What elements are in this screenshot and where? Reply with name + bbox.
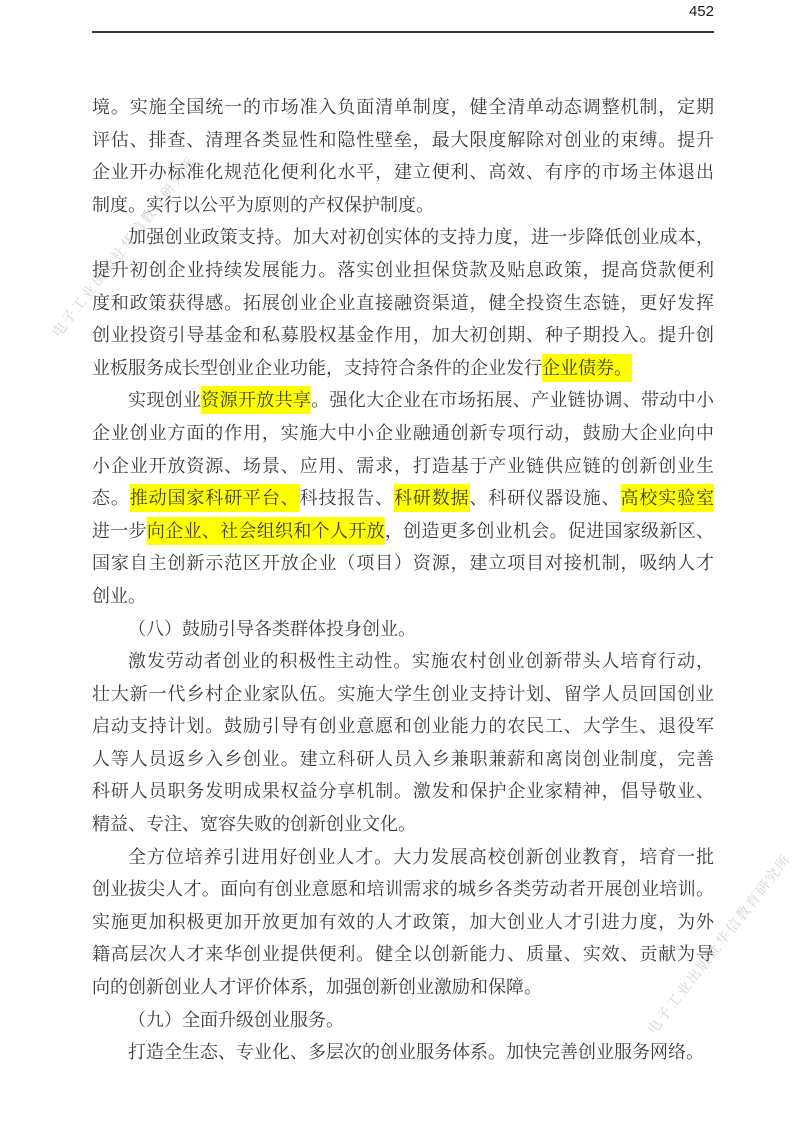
text-segment: 打造全生态、专业化、多层次的创业服务体系。加快完善创业服务网络。: [128, 1042, 704, 1062]
text-line: 创业投资引导基金和私募股权基金作用，加大初创期、种子期投入。提升创: [92, 319, 714, 352]
highlighted-text: 高校实验室: [621, 484, 715, 512]
text-line: 人等人员返乡入乡创业。建立科研人员入乡兼职兼薪和离岗创业制度，完善: [92, 743, 714, 776]
text-line: 全方位培养引进用好创业人才。大力发展高校创新创业教育，培育一批: [92, 841, 714, 874]
text-segment: 实现创业: [128, 390, 201, 410]
text-segment: 企业开办标准化规范化便利化水平，建立便利、高效、有序的市场主体退出: [92, 162, 714, 182]
paragraph: 打造全生态、专业化、多层次的创业服务体系。加快完善创业服务网络。: [92, 1036, 714, 1069]
paragraph: 实现创业资源开放共享。强化大企业在市场拓展、产业链协调、带动中小企业创业方面的作…: [92, 384, 714, 612]
paragraph: 加强创业政策支持。加大对初创实体的支持力度，进一步降低创业成本，提升初创企业持续…: [92, 221, 714, 384]
text-line: 态。推动国家科研平台、科技报告、科研数据、科研仪器设施、高校实验室: [92, 482, 714, 515]
text-line: 制度。实行以公平为原则的产权保护制度。: [92, 189, 714, 222]
text-segment: 加强创业政策支持。加大对初创实体的支持力度，进一步降低创业成本，: [128, 227, 714, 247]
text-line: 业板服务成长型创业企业功能，支持符合条件的企业发行企业债券。: [92, 352, 714, 385]
document-page: 452 电子工业出版社华信教育研究所 电子工业出版社华信教育研究所 境。实施全国…: [0, 0, 793, 1122]
text-segment: 、科研仪器设施、: [470, 488, 621, 508]
text-segment: 提升初创企业持续发展能力。落实创业担保贷款及贴息政策，提高贷款便利: [92, 260, 714, 280]
highlighted-text: 资源开放共享: [201, 386, 311, 414]
text-line: 度和政策获得感。拓展创业企业直接融资渠道，健全投资生态链，更好发挥: [92, 287, 714, 320]
text-segment: 境。实施全国统一的市场准入负面清单制度，健全清单动态调整机制，定期: [92, 97, 714, 117]
section-heading: （九）全面升级创业服务。: [92, 1004, 714, 1037]
text-line: 打造全生态、专业化、多层次的创业服务体系。加快完善创业服务网络。: [92, 1036, 714, 1069]
text-segment: （九）全面升级创业服务。: [128, 1010, 344, 1030]
paragraph: 激发劳动者创业的积极性主动性。实施农村创业创新带头人培育行动，壮大新一代乡村企业…: [92, 645, 714, 841]
paragraph: 境。实施全国统一的市场准入负面清单制度，健全清单动态调整机制，定期评估、排查、清…: [92, 91, 714, 221]
page-number: 452: [92, 3, 714, 20]
text-line: 企业创业方面的作用，实施大中小企业融通创新专项行动，鼓励大企业向中: [92, 417, 714, 450]
text-segment: 评估、排查、清理各类显性和隐性壁垒，最大限度解除对创业的束缚。提升: [92, 130, 714, 150]
text-line: 启动支持计划。鼓励引导有创业意愿和创业能力的农民工、大学生、退役军: [92, 710, 714, 743]
text-segment: 态。: [92, 488, 130, 508]
text-line: 向的创新创业人才评价体系，加强创新创业激励和保障。: [92, 971, 714, 1004]
highlighted-text: 向企业、社会组织和个人开放: [147, 517, 385, 545]
text-segment: 制度。实行以公平为原则的产权保护制度。: [92, 195, 434, 215]
header-rule: [92, 31, 714, 33]
text-segment: （八）鼓励引导各类群体投身创业。: [128, 619, 416, 639]
text-segment: 向的创新创业人才评价体系，加强创新创业激励和保障。: [92, 977, 542, 997]
document-text: 境。实施全国统一的市场准入负面清单制度，健全清单动态调整机制，定期评估、排查、清…: [92, 91, 714, 1069]
text-segment: 籍高层次人才来华创业提供便利。健全以创新能力、质量、实效、贡献为导: [92, 944, 714, 964]
text-segment: 创业拔尖人才。面向有创业意愿和培训需求的城乡各类劳动者开展创业培训。: [92, 879, 714, 899]
text-line: 激发劳动者创业的积极性主动性。实施农村创业创新带头人培育行动，: [92, 645, 714, 678]
highlighted-text: 企业债券。: [542, 354, 632, 382]
text-line: 加强创业政策支持。加大对初创实体的支持力度，进一步降低创业成本，: [92, 221, 714, 254]
text-segment: 创业投资引导基金和私募股权基金作用，加大初创期、种子期投入。提升创: [92, 325, 714, 345]
text-segment: 人等人员返乡入乡创业。建立科研人员入乡兼职兼薪和离岗创业制度，完善: [92, 749, 714, 769]
text-segment: ，创造更多创业机会。促进国家级新区、: [385, 521, 714, 541]
section-heading: （八）鼓励引导各类群体投身创业。: [92, 613, 714, 646]
highlighted-text: 推动国家科研平台、: [130, 484, 300, 512]
text-segment: 小企业开放资源、场景、应用、需求，打造基于产业链供应链的创新创业生: [92, 456, 714, 476]
text-segment: 业板服务成长型创业企业功能，支持符合条件的企业发行: [92, 358, 542, 378]
text-line: （九）全面升级创业服务。: [92, 1004, 714, 1037]
text-line: 精益、专注、宽容失败的创新创业文化。: [92, 808, 714, 841]
highlighted-text: 科研数据: [394, 484, 470, 512]
text-line: 进一步向企业、社会组织和个人开放，创造更多创业机会。促进国家级新区、: [92, 515, 714, 548]
text-segment: 实施更加积极更加开放更加有效的人才政策，加大创业人才引进力度，为外: [92, 912, 714, 932]
text-segment: 科研人员职务发明成果权益分享机制。激发和保护企业家精神，倡导敬业、: [92, 781, 714, 801]
text-segment: 激发劳动者创业的积极性主动性。实施农村创业创新带头人培育行动，: [128, 651, 714, 671]
text-segment: 壮大新一代乡村企业家队伍。实施大学生创业支持计划、留学人员回国创业: [92, 684, 714, 704]
text-segment: 度和政策获得感。拓展创业企业直接融资渠道，健全投资生态链，更好发挥: [92, 293, 714, 313]
text-line: 创业拔尖人才。面向有创业意愿和培训需求的城乡各类劳动者开展创业培训。: [92, 873, 714, 906]
text-line: （八）鼓励引导各类群体投身创业。: [92, 613, 714, 646]
text-segment: 启动支持计划。鼓励引导有创业意愿和创业能力的农民工、大学生、退役军: [92, 716, 714, 736]
text-line: 科研人员职务发明成果权益分享机制。激发和保护企业家精神，倡导敬业、: [92, 775, 714, 808]
text-line: 评估、排查、清理各类显性和隐性壁垒，最大限度解除对创业的束缚。提升: [92, 124, 714, 157]
text-segment: 进一步: [92, 521, 147, 541]
text-segment: 。强化大企业在市场拓展、产业链协调、带动中小: [311, 390, 714, 410]
text-segment: 创业。: [92, 586, 146, 606]
text-segment: 精益、专注、宽容失败的创新创业文化。: [92, 814, 416, 834]
text-segment: 全方位培养引进用好创业人才。大力发展高校创新创业教育，培育一批: [128, 847, 714, 867]
text-segment: 科技报告、: [300, 488, 394, 508]
text-segment: 国家自主创新示范区开放企业（项目）资源，建立项目对接机制，吸纳人才: [92, 553, 714, 573]
text-line: 境。实施全国统一的市场准入负面清单制度，健全清单动态调整机制，定期: [92, 91, 714, 124]
text-line: 实现创业资源开放共享。强化大企业在市场拓展、产业链协调、带动中小: [92, 384, 714, 417]
paragraph: 全方位培养引进用好创业人才。大力发展高校创新创业教育，培育一批创业拔尖人才。面向…: [92, 841, 714, 1004]
text-line: 实施更加积极更加开放更加有效的人才政策，加大创业人才引进力度，为外: [92, 906, 714, 939]
text-line: 籍高层次人才来华创业提供便利。健全以创新能力、质量、实效、贡献为导: [92, 938, 714, 971]
text-line: 壮大新一代乡村企业家队伍。实施大学生创业支持计划、留学人员回国创业: [92, 678, 714, 711]
text-line: 小企业开放资源、场景、应用、需求，打造基于产业链供应链的创新创业生: [92, 450, 714, 483]
text-line: 提升初创企业持续发展能力。落实创业担保贷款及贴息政策，提高贷款便利: [92, 254, 714, 287]
text-segment: 企业创业方面的作用，实施大中小企业融通创新专项行动，鼓励大企业向中: [92, 423, 714, 443]
text-line: 企业开办标准化规范化便利化水平，建立便利、高效、有序的市场主体退出: [92, 156, 714, 189]
text-line: 国家自主创新示范区开放企业（项目）资源，建立项目对接机制，吸纳人才: [92, 547, 714, 580]
text-line: 创业。: [92, 580, 714, 613]
